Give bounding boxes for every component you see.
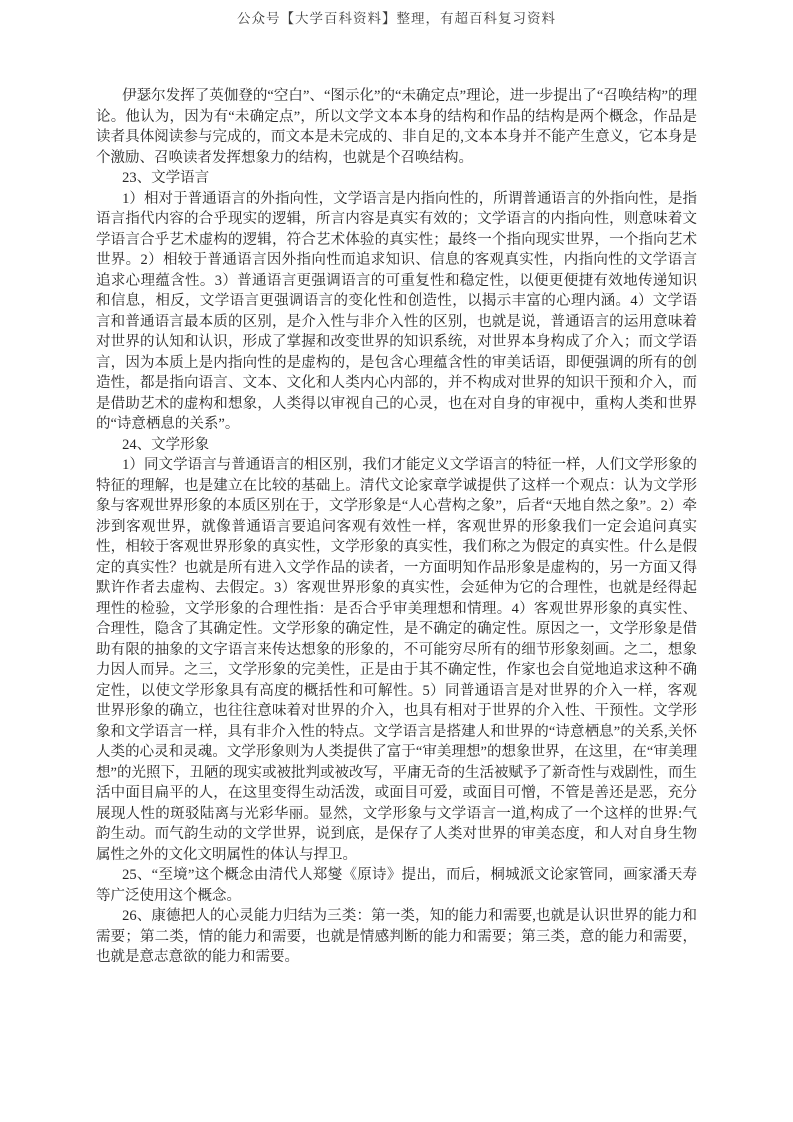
paragraph: 1）同文学语言与普通语言的相区别，我们才能定义文学语言的特征一样，人们文学形象的…: [96, 455, 697, 865]
document-page: 公众号【大学百科资料】整理，有超百科复习资料 伊瑟尔发挥了英伽登的“空白”、“图…: [0, 0, 793, 1122]
document-body: 伊瑟尔发挥了英伽登的“空白”、“图示化”的“未确定点”理论，进一步提出了“召唤结…: [96, 27, 697, 968]
section-heading: 23、文学语言: [96, 168, 697, 189]
header-text: 公众号【大学百科资料】整理，有超百科复习资料: [237, 11, 556, 26]
paragraph: 1）相对于普通语言的外指向性，文学语言是内指向性的，所谓普通语言的外指向性，是指…: [96, 189, 697, 435]
section-heading: 24、文学形象: [96, 435, 697, 456]
paragraph: 26、康德把人的心灵能力归结为三类：第一类，知的能力和需要,也就是认识世界的能力…: [96, 906, 697, 968]
paragraph: 伊瑟尔发挥了英伽登的“空白”、“图示化”的“未确定点”理论，进一步提出了“召唤结…: [96, 86, 697, 168]
paragraph: 25、“至境”这个概念由清代人郑燮《原诗》提出，而后，桐城派文论家管同，画家潘天…: [96, 865, 697, 906]
page-header: 公众号【大学百科资料】整理，有超百科复习资料: [0, 0, 793, 27]
